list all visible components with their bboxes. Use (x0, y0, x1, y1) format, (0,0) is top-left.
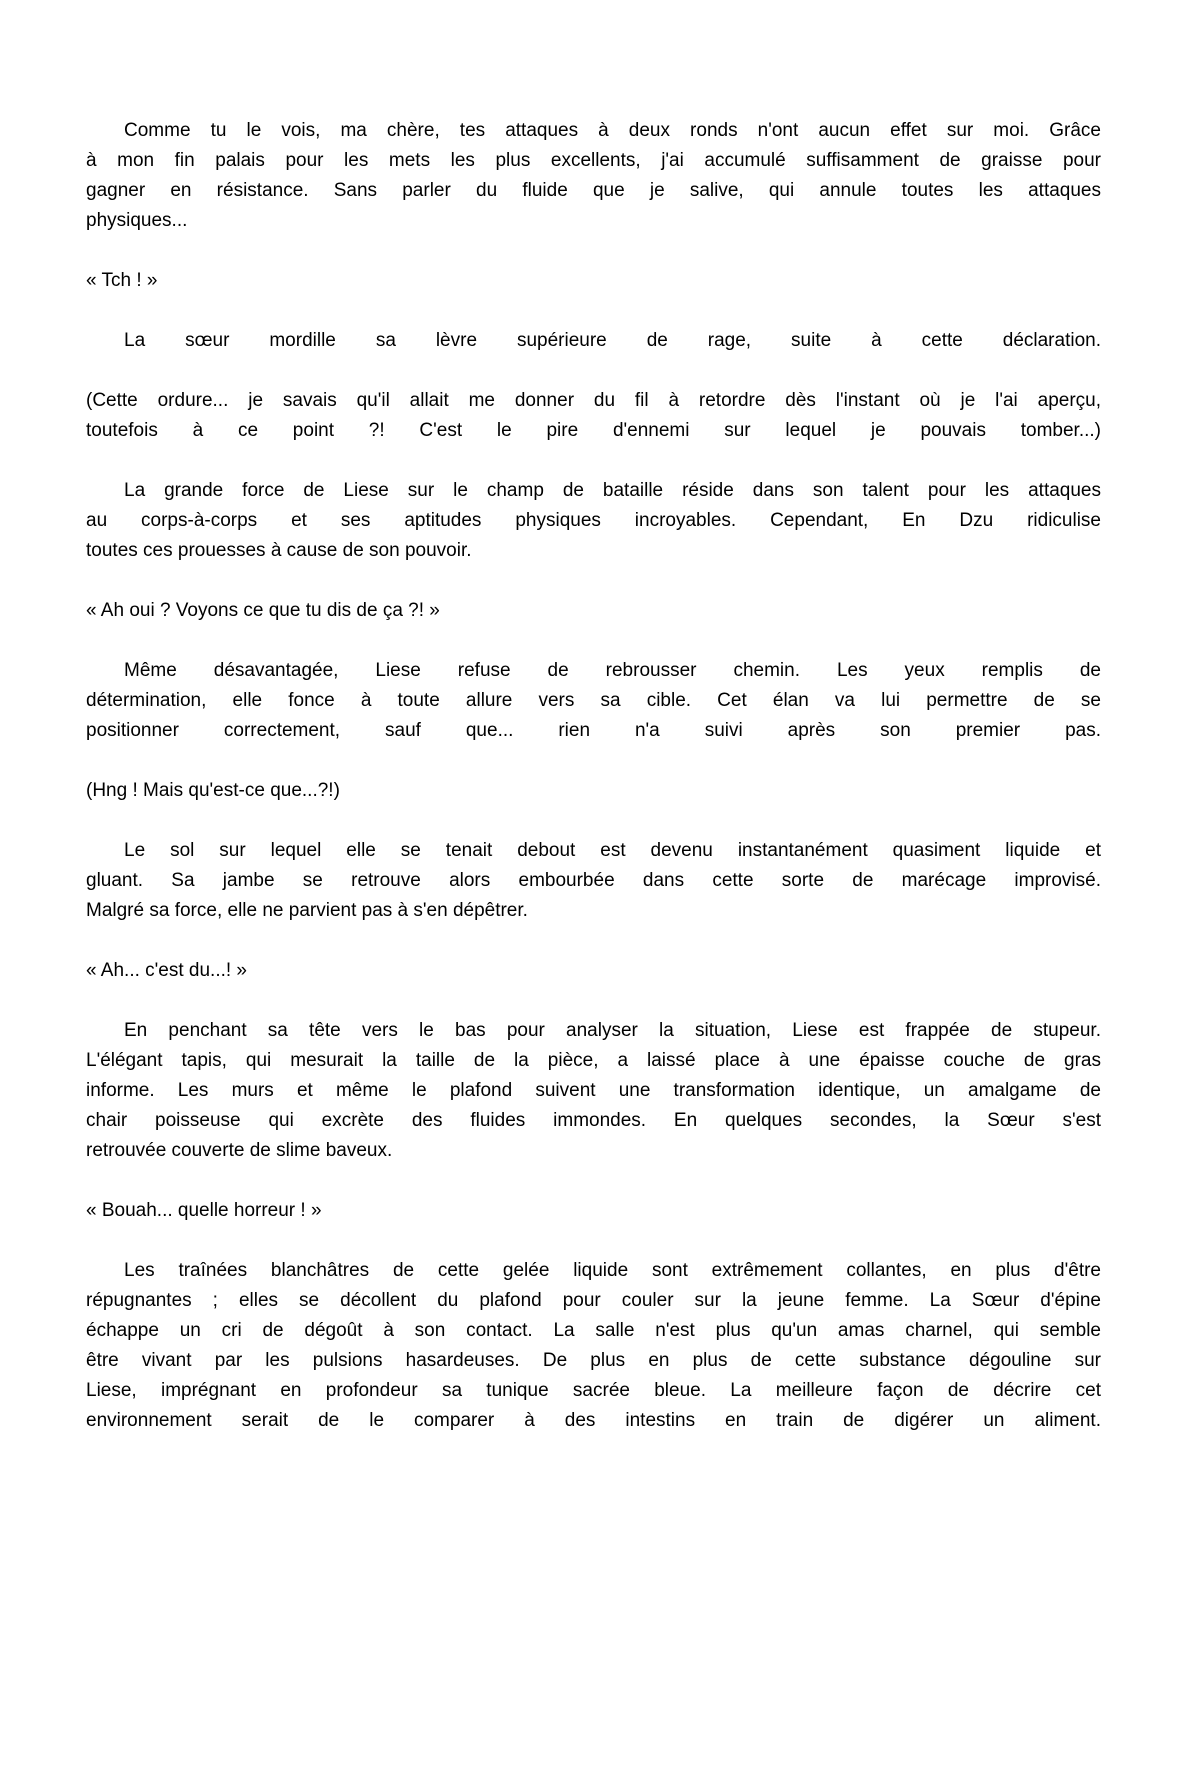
text-line: physiques... (86, 206, 1101, 236)
text-line: La grande force de Liese sur le champ de… (86, 476, 1101, 506)
text-line: gluant. Sa jambe se retrouve alors embou… (86, 866, 1101, 896)
text-line: Comme tu le vois, ma chère, tes attaques… (86, 116, 1101, 146)
text-line: chair poisseuse qui excrète des fluides … (86, 1106, 1101, 1136)
text-line: « Bouah... quelle horreur ! » (86, 1196, 1101, 1226)
text-line: Le sol sur lequel elle se tenait debout … (86, 836, 1101, 866)
document-text: Comme tu le vois, ma chère, tes attaques… (86, 116, 1101, 1466)
paragraph: (Cette ordure... je savais qu'il allait … (86, 386, 1101, 446)
paragraph: « Ah... c'est du...! » (86, 956, 1101, 986)
text-line: Malgré sa force, elle ne parvient pas à … (86, 896, 1101, 926)
text-line: Liese, imprégnant en profondeur sa tuniq… (86, 1376, 1101, 1406)
text-line: détermination, elle fonce à toute allure… (86, 686, 1101, 716)
text-line: L'élégant tapis, qui mesurait la taille … (86, 1046, 1101, 1076)
paragraph: Comme tu le vois, ma chère, tes attaques… (86, 116, 1101, 236)
document-page: Comme tu le vois, ma chère, tes attaques… (0, 0, 1188, 1777)
paragraph: (Hng ! Mais qu'est-ce que...?!) (86, 776, 1101, 806)
text-line: informe. Les murs et même le plafond sui… (86, 1076, 1101, 1106)
text-line: « Ah oui ? Voyons ce que tu dis de ça ?!… (86, 596, 1101, 626)
text-line: (Cette ordure... je savais qu'il allait … (86, 386, 1101, 416)
text-line: En penchant sa tête vers le bas pour ana… (86, 1016, 1101, 1046)
paragraph: Le sol sur lequel elle se tenait debout … (86, 836, 1101, 926)
text-line: « Tch ! » (86, 266, 1101, 296)
text-line: positionner correctement, sauf que... ri… (86, 716, 1101, 746)
text-line: être vivant par les pulsions hasardeuses… (86, 1346, 1101, 1376)
text-line: Les traînées blanchâtres de cette gelée … (86, 1256, 1101, 1286)
paragraph: En penchant sa tête vers le bas pour ana… (86, 1016, 1101, 1166)
text-line: retrouvée couverte de slime baveux. (86, 1136, 1101, 1166)
text-line: « Ah... c'est du...! » (86, 956, 1101, 986)
paragraph: La sœur mordille sa lèvre supérieure de … (86, 326, 1101, 356)
text-line: toutefois à ce point ?! C'est le pire d'… (86, 416, 1101, 446)
text-line: environnement serait de le comparer à de… (86, 1406, 1101, 1436)
paragraph: « Tch ! » (86, 266, 1101, 296)
paragraph: « Ah oui ? Voyons ce que tu dis de ça ?!… (86, 596, 1101, 626)
text-line: (Hng ! Mais qu'est-ce que...?!) (86, 776, 1101, 806)
paragraph: Même désavantagée, Liese refuse de rebro… (86, 656, 1101, 746)
text-line: La sœur mordille sa lèvre supérieure de … (86, 326, 1101, 356)
text-line: au corps-à-corps et ses aptitudes physiq… (86, 506, 1101, 536)
text-line: répugnantes ; elles se décollent du plaf… (86, 1286, 1101, 1316)
paragraph: La grande force de Liese sur le champ de… (86, 476, 1101, 566)
text-line: Même désavantagée, Liese refuse de rebro… (86, 656, 1101, 686)
text-line: échappe un cri de dégoût à son contact. … (86, 1316, 1101, 1346)
paragraph: « Bouah... quelle horreur ! » (86, 1196, 1101, 1226)
text-line: toutes ces prouesses à cause de son pouv… (86, 536, 1101, 566)
text-line: gagner en résistance. Sans parler du flu… (86, 176, 1101, 206)
paragraph: Les traînées blanchâtres de cette gelée … (86, 1256, 1101, 1436)
text-line: à mon fin palais pour les mets les plus … (86, 146, 1101, 176)
